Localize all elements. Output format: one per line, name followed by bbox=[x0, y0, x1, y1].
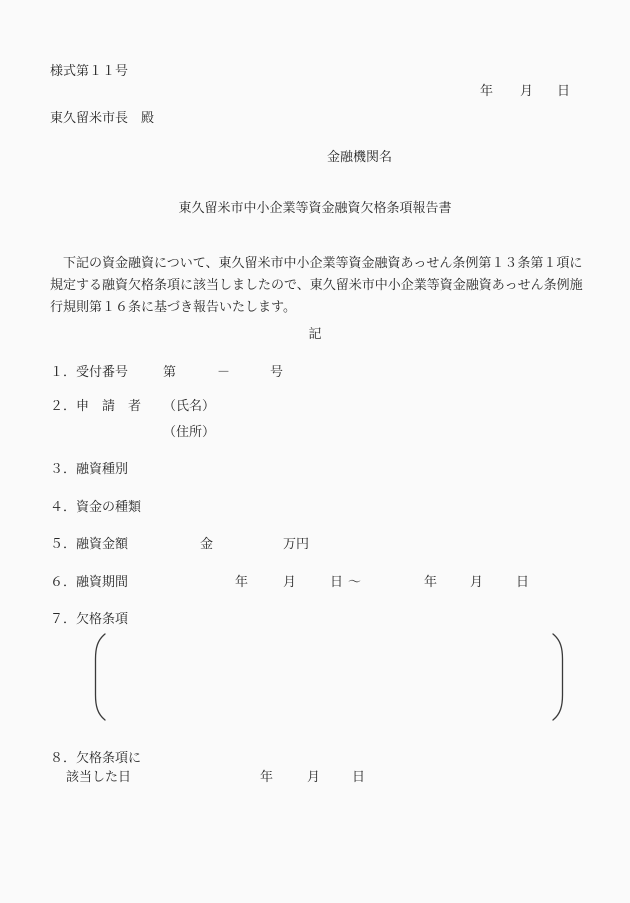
loan-period-end-month-label: 月 bbox=[470, 574, 483, 590]
right-bracket bbox=[549, 632, 567, 722]
receipt-number-suffix: 号 bbox=[270, 364, 283, 380]
receipt-number-label: １．受付番号 bbox=[50, 364, 128, 380]
item-fund-kind-label: ４．資金の種類 bbox=[50, 499, 141, 515]
left-bracket bbox=[91, 632, 109, 722]
form-number: 様式第１１号 bbox=[50, 63, 128, 79]
item-disqualification-clause-label: ７．欠格条項 bbox=[50, 611, 128, 627]
receipt-number-prefix: 第 bbox=[163, 364, 176, 380]
loan-period-start-month-label: 月 bbox=[283, 574, 296, 590]
loan-amount-currency-label: 金 bbox=[200, 536, 213, 552]
disqualification-date-label-line2: 該当した日 bbox=[66, 769, 131, 785]
applicant-label: ２．申 請 者 bbox=[50, 398, 141, 414]
record-marker: 記 bbox=[0, 326, 630, 342]
disqualification-date-month-label: 月 bbox=[307, 769, 320, 785]
loan-period-end-year-label: 年 bbox=[424, 574, 437, 590]
document-title: 東久留米市中小企業等資金融資欠格条項報告書 bbox=[0, 200, 630, 216]
loan-period-label: ６．融資期間 bbox=[50, 574, 128, 590]
loan-period-tilde: ～ bbox=[348, 574, 361, 590]
financial-institution-label: 金融機関名 bbox=[327, 149, 392, 165]
date-month-label: 月 bbox=[520, 83, 533, 99]
document-page: 様式第１１号 年 月 日 東久留米市長 殿 金融機関名 東久留米市中小企業等資金… bbox=[0, 0, 630, 903]
applicant-address-label: （住所） bbox=[163, 424, 215, 440]
body-paragraph: 下記の資金融資について、東久留米市中小企業等資金融資あっせん条例第１３条第１項に… bbox=[50, 252, 587, 318]
disqualification-date-year-label: 年 bbox=[260, 769, 273, 785]
loan-period-start-year-label: 年 bbox=[235, 574, 248, 590]
applicant-name-label: （氏名） bbox=[163, 398, 215, 414]
loan-amount-unit-label: 万円 bbox=[283, 536, 309, 552]
date-year-label: 年 bbox=[480, 83, 493, 99]
item-loan-type-label: ３．融資種別 bbox=[50, 461, 128, 477]
addressee: 東久留米市長 殿 bbox=[50, 110, 154, 126]
date-day-label: 日 bbox=[557, 83, 570, 99]
disqualification-date-label-line1: ８．欠格条項に bbox=[50, 750, 141, 766]
loan-period-start-day-label: 日 bbox=[330, 574, 343, 590]
loan-amount-label: ５．融資金額 bbox=[50, 536, 128, 552]
loan-period-end-day-label: 日 bbox=[516, 574, 529, 590]
disqualification-date-day-label: 日 bbox=[352, 769, 365, 785]
receipt-number-dash: － bbox=[217, 364, 230, 380]
